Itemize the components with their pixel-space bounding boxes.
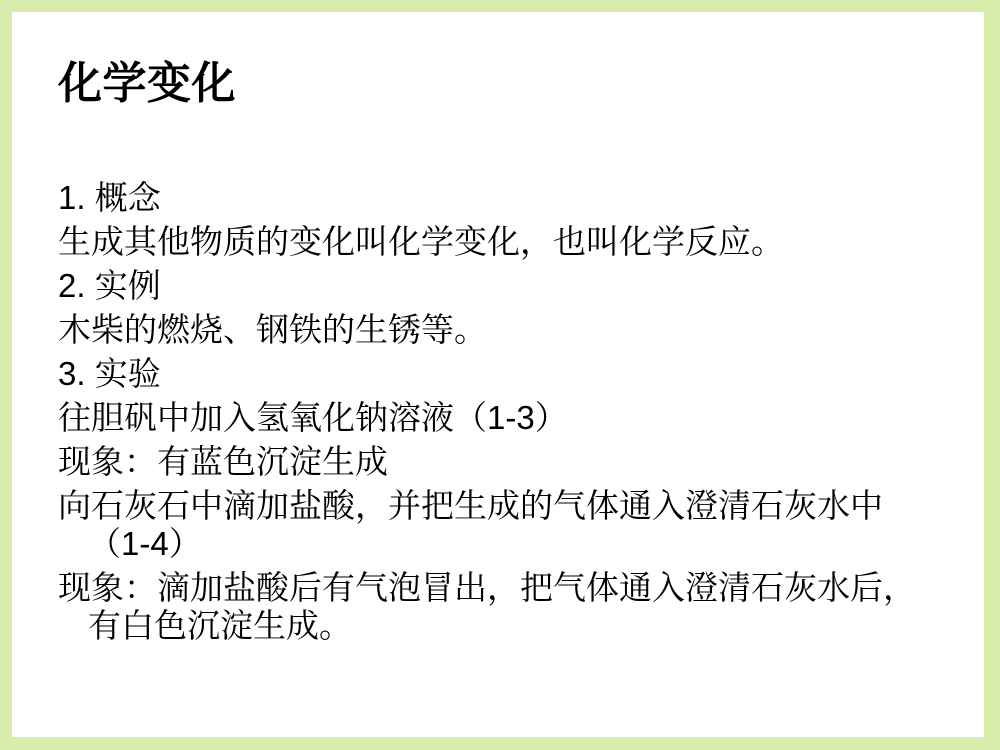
body-line: 往胆矾中加入氢氧化钠溶液（1-3） xyxy=(58,399,956,437)
body-line-continuation: （1-4） xyxy=(58,525,956,563)
slide-title: 化学变化 xyxy=(58,58,236,111)
body-line: 3. 实验 xyxy=(58,355,956,393)
slide-body: 1. 概念 生成其他物质的变化叫化学变化，也叫化学反应。 2. 实例 木柴的燃烧… xyxy=(58,179,956,645)
body-line: 向石灰石中滴加盐酸，并把生成的气体通入澄清石灰水中 xyxy=(58,487,956,525)
body-line: 1. 概念 xyxy=(58,179,956,217)
body-line: 现象：有蓝色沉淀生成 xyxy=(58,443,956,481)
body-line: 生成其他物质的变化叫化学变化，也叫化学反应。 xyxy=(58,223,956,261)
body-line-continuation: 有白色沉淀生成。 xyxy=(58,607,956,645)
presentation-slide: 化学变化 1. 概念 生成其他物质的变化叫化学变化，也叫化学反应。 2. 实例 … xyxy=(12,12,984,737)
body-line: 2. 实例 xyxy=(58,267,956,305)
body-line: 现象：滴加盐酸后有气泡冒出，把气体通入澄清石灰水后， xyxy=(58,569,956,607)
body-line: 木柴的燃烧、钢铁的生锈等。 xyxy=(58,311,956,349)
